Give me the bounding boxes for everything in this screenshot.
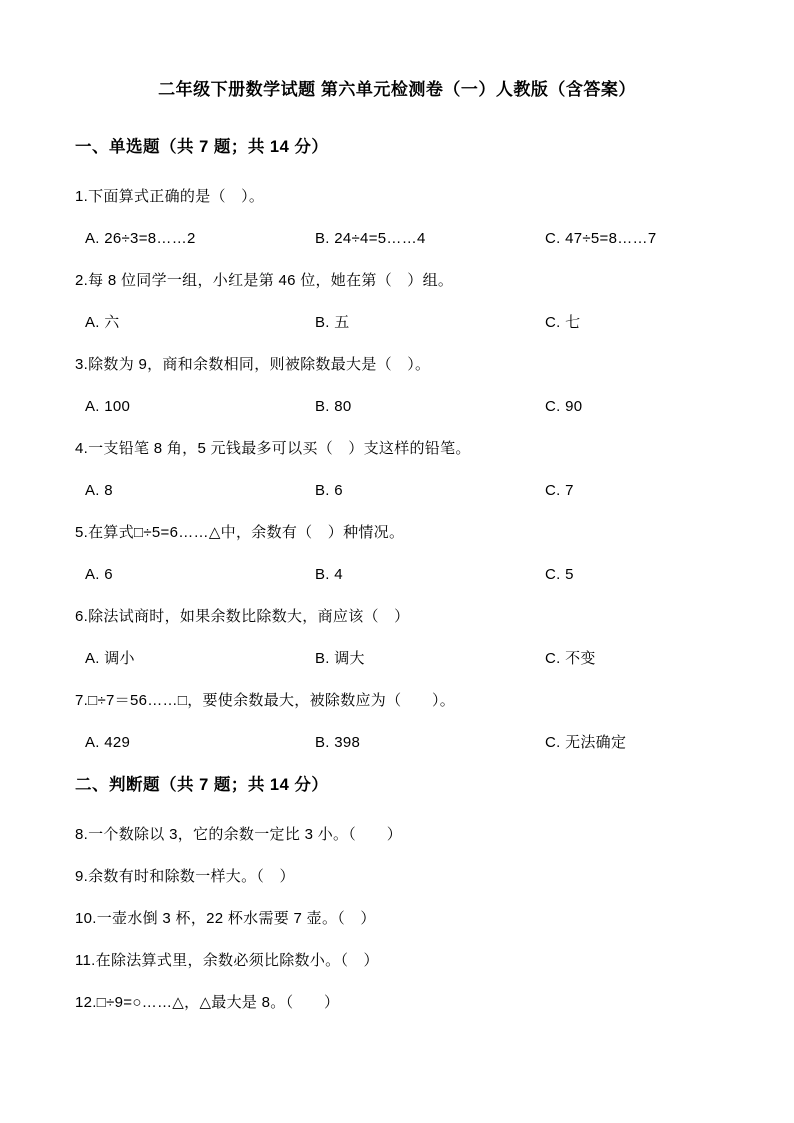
question-2-option-c: C. 七: [545, 313, 739, 333]
question-2-option-b: B. 五: [315, 313, 545, 333]
question-5-option-a: A. 6: [85, 565, 315, 585]
question-3-option-b: B. 80: [315, 397, 545, 417]
question-7-option-b: B. 398: [315, 733, 545, 753]
question-1-text: 1.下面算式正确的是（ ）。: [75, 187, 739, 207]
question-1-options: A. 26÷3=8……2 B. 24÷4=5……4 C. 47÷5=8……7: [75, 229, 739, 249]
question-4-text: 4.一支铅笔 8 角，5 元钱最多可以买（ ）支这样的铅笔。: [75, 439, 739, 459]
question-5-option-c: C. 5: [545, 565, 739, 585]
question-3-option-c: C. 90: [545, 397, 739, 417]
section-2-heading: 二、判断题（共 7 题；共 14 分）: [75, 775, 739, 796]
question-4-option-c: C. 7: [545, 481, 739, 501]
question-4-option-a: A. 8: [85, 481, 315, 501]
question-1-option-a: A. 26÷3=8……2: [85, 229, 315, 249]
question-11-text: 11.在除法算式里，余数必须比除数小。（ ）: [75, 951, 739, 971]
question-1-option-c: C. 47÷5=8……7: [545, 229, 739, 249]
question-2-text: 2.每 8 位同学一组，小红是第 46 位，她在第（ ）组。: [75, 271, 739, 291]
question-6-option-a: A. 调小: [85, 649, 315, 669]
question-3-text: 3.除数为 9，商和余数相同，则被除数最大是（ ）。: [75, 355, 739, 375]
question-3-options: A. 100 B. 80 C. 90: [75, 397, 739, 417]
question-2-option-a: A. 六: [85, 313, 315, 333]
question-9-text: 9.余数有时和除数一样大。（ ）: [75, 867, 739, 887]
question-8-text: 8.一个数除以 3，它的余数一定比 3 小。（ ）: [75, 825, 739, 845]
question-6-text: 6.除法试商时，如果余数比除数大，商应该（ ）: [75, 607, 739, 627]
question-5-option-b: B. 4: [315, 565, 545, 585]
question-6-option-c: C. 不变: [545, 649, 739, 669]
question-5-text: 5.在算式□÷5=6……△中，余数有（ ）种情况。: [75, 523, 739, 543]
section-true-false: 二、判断题（共 7 题；共 14 分） 8.一个数除以 3，它的余数一定比 3 …: [75, 775, 739, 1013]
section-1-heading: 一、单选题（共 7 题；共 14 分）: [75, 137, 739, 158]
question-6-options: A. 调小 B. 调大 C. 不变: [75, 649, 739, 669]
question-7-option-a: A. 429: [85, 733, 315, 753]
page-title: 二年级下册数学试题 第六单元检测卷（一）人教版（含答案）: [0, 78, 794, 102]
question-7-text: 7.□÷7＝56……□，要使余数最大，被除数应为（ ）。: [75, 691, 739, 711]
question-7-option-c: C. 无法确定: [545, 733, 739, 753]
document-page: 二年级下册数学试题 第六单元检测卷（一）人教版（含答案） 一、单选题（共 7 题…: [0, 0, 794, 1123]
question-4-options: A. 8 B. 6 C. 7: [75, 481, 739, 501]
question-6-option-b: B. 调大: [315, 649, 545, 669]
question-2-options: A. 六 B. 五 C. 七: [75, 313, 739, 333]
question-5-options: A. 6 B. 4 C. 5: [75, 565, 739, 585]
question-1-option-b: B. 24÷4=5……4: [315, 229, 545, 249]
question-12-text: 12.□÷9=○……△，△最大是 8。（ ）: [75, 993, 739, 1013]
question-4-option-b: B. 6: [315, 481, 545, 501]
section-multiple-choice: 一、单选题（共 7 题；共 14 分） 1.下面算式正确的是（ ）。 A. 26…: [75, 137, 739, 753]
question-3-option-a: A. 100: [85, 397, 315, 417]
question-10-text: 10.一壶水倒 3 杯，22 杯水需要 7 壶。（ ）: [75, 909, 739, 929]
question-7-options: A. 429 B. 398 C. 无法确定: [75, 733, 739, 753]
